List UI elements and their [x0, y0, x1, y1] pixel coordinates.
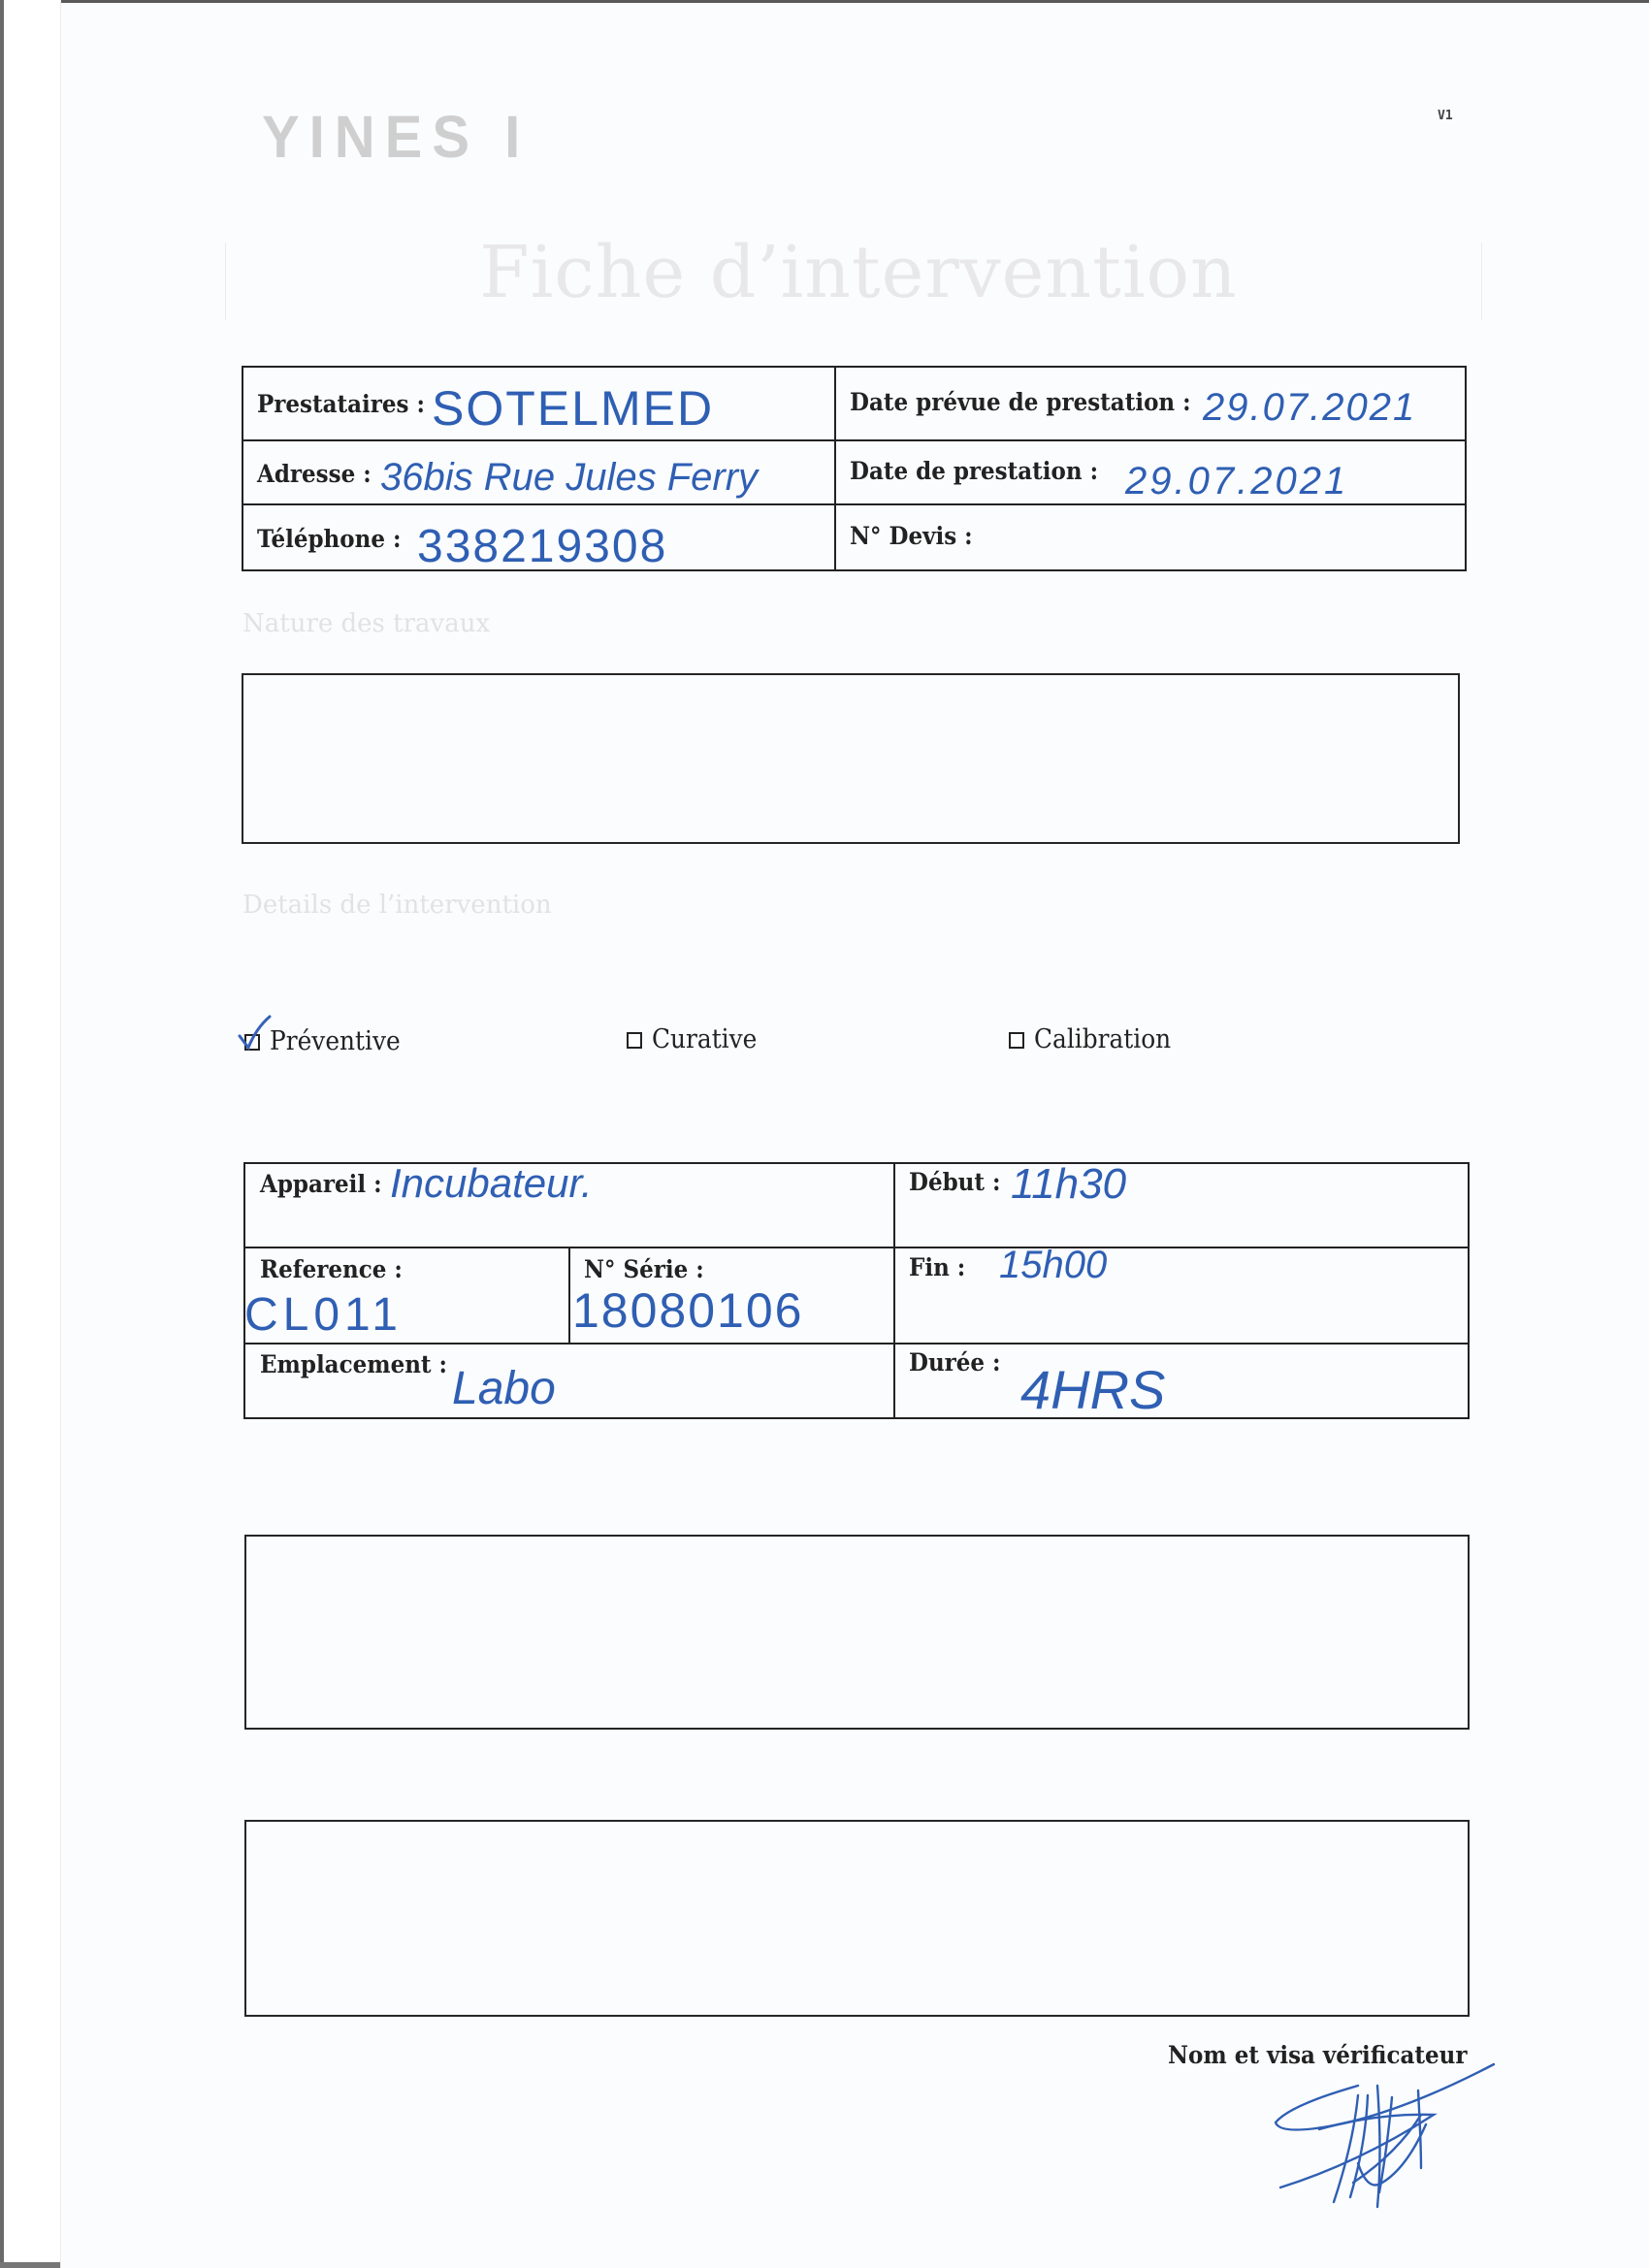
observations-box-1[interactable]	[244, 1535, 1470, 1730]
scan-strip-left	[4, 0, 61, 2268]
nature-text-box[interactable]	[242, 673, 1460, 844]
service-date-label: Date de prestation :	[850, 457, 1098, 485]
device-label: Appareil :	[260, 1170, 382, 1198]
reference-value[interactable]: CL011	[244, 1288, 403, 1342]
duration-value[interactable]: 4HRS	[1020, 1358, 1165, 1421]
scan-edge-bottom	[0, 2262, 60, 2268]
end-time-label: Fin :	[909, 1253, 965, 1281]
location-label: Emplacement :	[260, 1350, 447, 1378]
planned-date-label: Date prévue de prestation :	[850, 388, 1191, 416]
planned-date-value[interactable]: 29.07.2021	[1203, 386, 1416, 430]
serial-number-value[interactable]: 18080106	[572, 1282, 803, 1339]
calibration-label: Calibration	[1034, 1024, 1171, 1054]
calibration-checkbox[interactable]	[1009, 1032, 1024, 1049]
location-value[interactable]: Labo	[452, 1362, 556, 1415]
page-title: Fiche d’intervention	[0, 231, 1649, 314]
details-section-label: Details de l’intervention	[242, 891, 552, 920]
end-time-value[interactable]: 15h00	[999, 1244, 1107, 1287]
address-value[interactable]: 36bis Rue Jules Ferry	[380, 456, 758, 500]
provider-value[interactable]: SOTELMED	[432, 380, 714, 437]
phone-value[interactable]: 338219308	[417, 520, 667, 573]
duration-label: Durée :	[909, 1348, 1001, 1377]
curative-label: Curative	[652, 1024, 757, 1054]
reference-label: Reference :	[260, 1255, 403, 1283]
service-date-value[interactable]: 29.07.2021	[1125, 460, 1348, 503]
device-value[interactable]: Incubateur.	[390, 1160, 593, 1207]
version-label: V1	[1438, 109, 1453, 123]
curative-checkbox[interactable]	[627, 1032, 642, 1049]
observations-box-2[interactable]	[244, 1820, 1470, 2017]
address-label: Adresse :	[257, 460, 372, 488]
scan-edge-left	[0, 0, 4, 2268]
nature-section-label: Nature des travaux	[242, 609, 490, 638]
scan-edge-top	[0, 0, 1649, 3]
signature-icon	[1261, 2057, 1503, 2212]
serial-number-label: N° Série :	[584, 1255, 704, 1283]
provider-label: Prestataires :	[257, 390, 425, 418]
quote-number-label: N° Devis :	[850, 522, 973, 550]
company-logo: YINES I	[262, 103, 530, 171]
phone-label: Téléphone :	[257, 525, 401, 553]
preventive-label: Préventive	[270, 1026, 401, 1056]
start-time-value[interactable]: 11h30	[1011, 1160, 1126, 1209]
start-time-label: Début :	[909, 1168, 1001, 1196]
